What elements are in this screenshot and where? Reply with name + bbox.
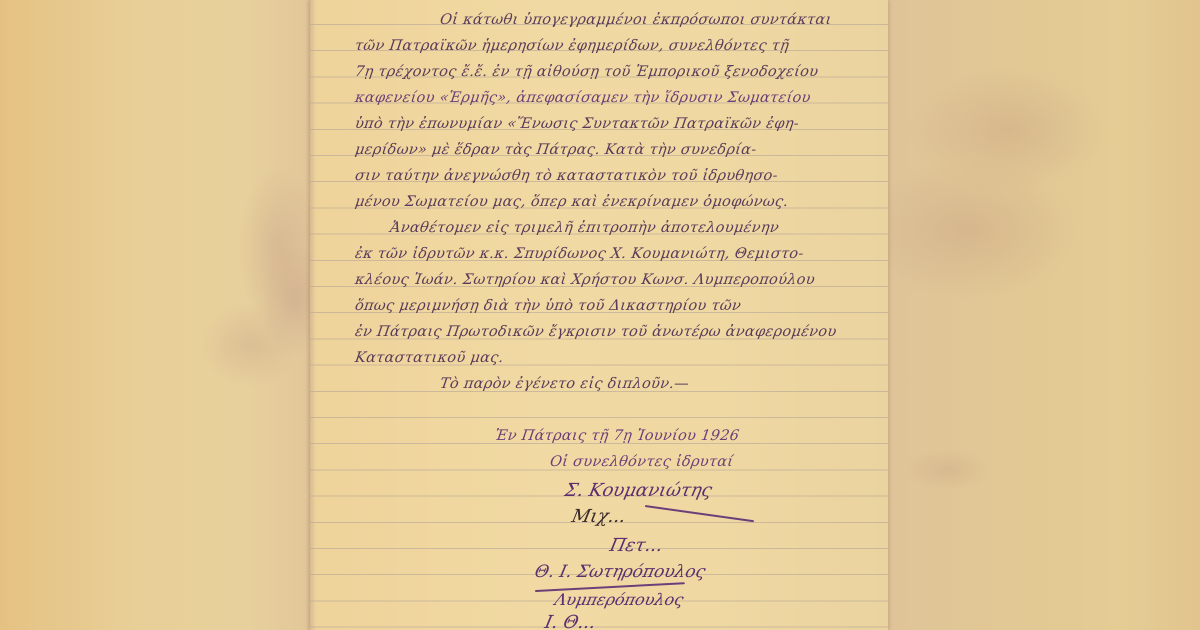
body-line-8: μένου Σωματείου μας, ὅπερ καὶ ἐνεκρίναμε… bbox=[354, 194, 790, 210]
signature-4: Θ. Ι. Σωτηρόπουλος bbox=[533, 562, 708, 582]
signature-2: Μιχ... bbox=[570, 506, 628, 527]
body-line-1: Οἱ κάτωθι ὑπογεγραμμένοι ἐκπρόσωποι συντ… bbox=[439, 12, 833, 28]
blurred-background-left bbox=[0, 0, 310, 630]
body-line-2: τῶν Πατραϊκῶν ἡμερησίων ἐφημερίδων, συνε… bbox=[354, 38, 790, 54]
body-line-11: κλέους Ἰωάν. Σωτηρίου καὶ Χρήστου Κωνσ. … bbox=[354, 272, 816, 288]
signature-5: Λυμπερόπουλος bbox=[553, 590, 685, 609]
body-line-10: ἐκ τῶν ἱδρυτῶν κ.κ. Σπυρίδωνος Χ. Κουμαν… bbox=[354, 246, 805, 262]
body-line-4: καφενείου «Ἑρμῆς», ἀπεφασίσαμεν τὴν ἵδρυ… bbox=[354, 90, 812, 106]
place-date-line: Ἐν Πάτραις τῇ 7ῃ Ἰουνίου 1926 bbox=[494, 428, 740, 444]
handwritten-document-page: Οἱ κάτωθι ὑπογεγραμμένοι ἐκπρόσωποι συντ… bbox=[310, 0, 888, 630]
signature-flourish-1 bbox=[645, 505, 754, 522]
signature-3: Πετ... bbox=[608, 535, 665, 556]
body-line-12: ὅπως μεριμνήσῃ διὰ τὴν ὑπὸ τοῦ Δικαστηρί… bbox=[354, 298, 742, 314]
body-line-5: ὑπὸ τὴν ἐπωνυμίαν «Ἕνωσις Συντακτῶν Πατρ… bbox=[354, 116, 800, 132]
body-line-7: σιν ταύτην ἀνεγνώσθη τὸ καταστατικὸν τοῦ… bbox=[354, 168, 779, 184]
body-line-13: ἐν Πάτραις Πρωτοδικῶν ἔγκρισιν τοῦ ἀνωτέ… bbox=[354, 324, 838, 340]
signatories-heading: Οἱ συνελθόντες ἱδρυταί bbox=[549, 454, 735, 470]
body-line-9: Ἀναθέτομεν εἰς τριμελῆ ἐπιτροπὴν ἀποτελο… bbox=[389, 220, 780, 236]
signature-6: Ι. Θ... bbox=[543, 612, 598, 630]
body-line-3: 7ῃ τρέχοντος ἔ.ἔ. ἐν τῇ αἰθούσῃ τοῦ Ἐμπο… bbox=[354, 64, 820, 80]
body-line-14: Καταστατικοῦ μας. bbox=[354, 350, 505, 366]
signature-1: Σ. Κουμανιώτης bbox=[563, 480, 714, 501]
blurred-background-right bbox=[888, 0, 1200, 630]
body-line-15: Τὸ παρὸν ἐγένετο εἰς διπλοῦν.— bbox=[439, 376, 690, 392]
body-line-6: μερίδων» μὲ ἕδραν τὰς Πάτρας. Κατὰ τὴν σ… bbox=[354, 142, 758, 158]
